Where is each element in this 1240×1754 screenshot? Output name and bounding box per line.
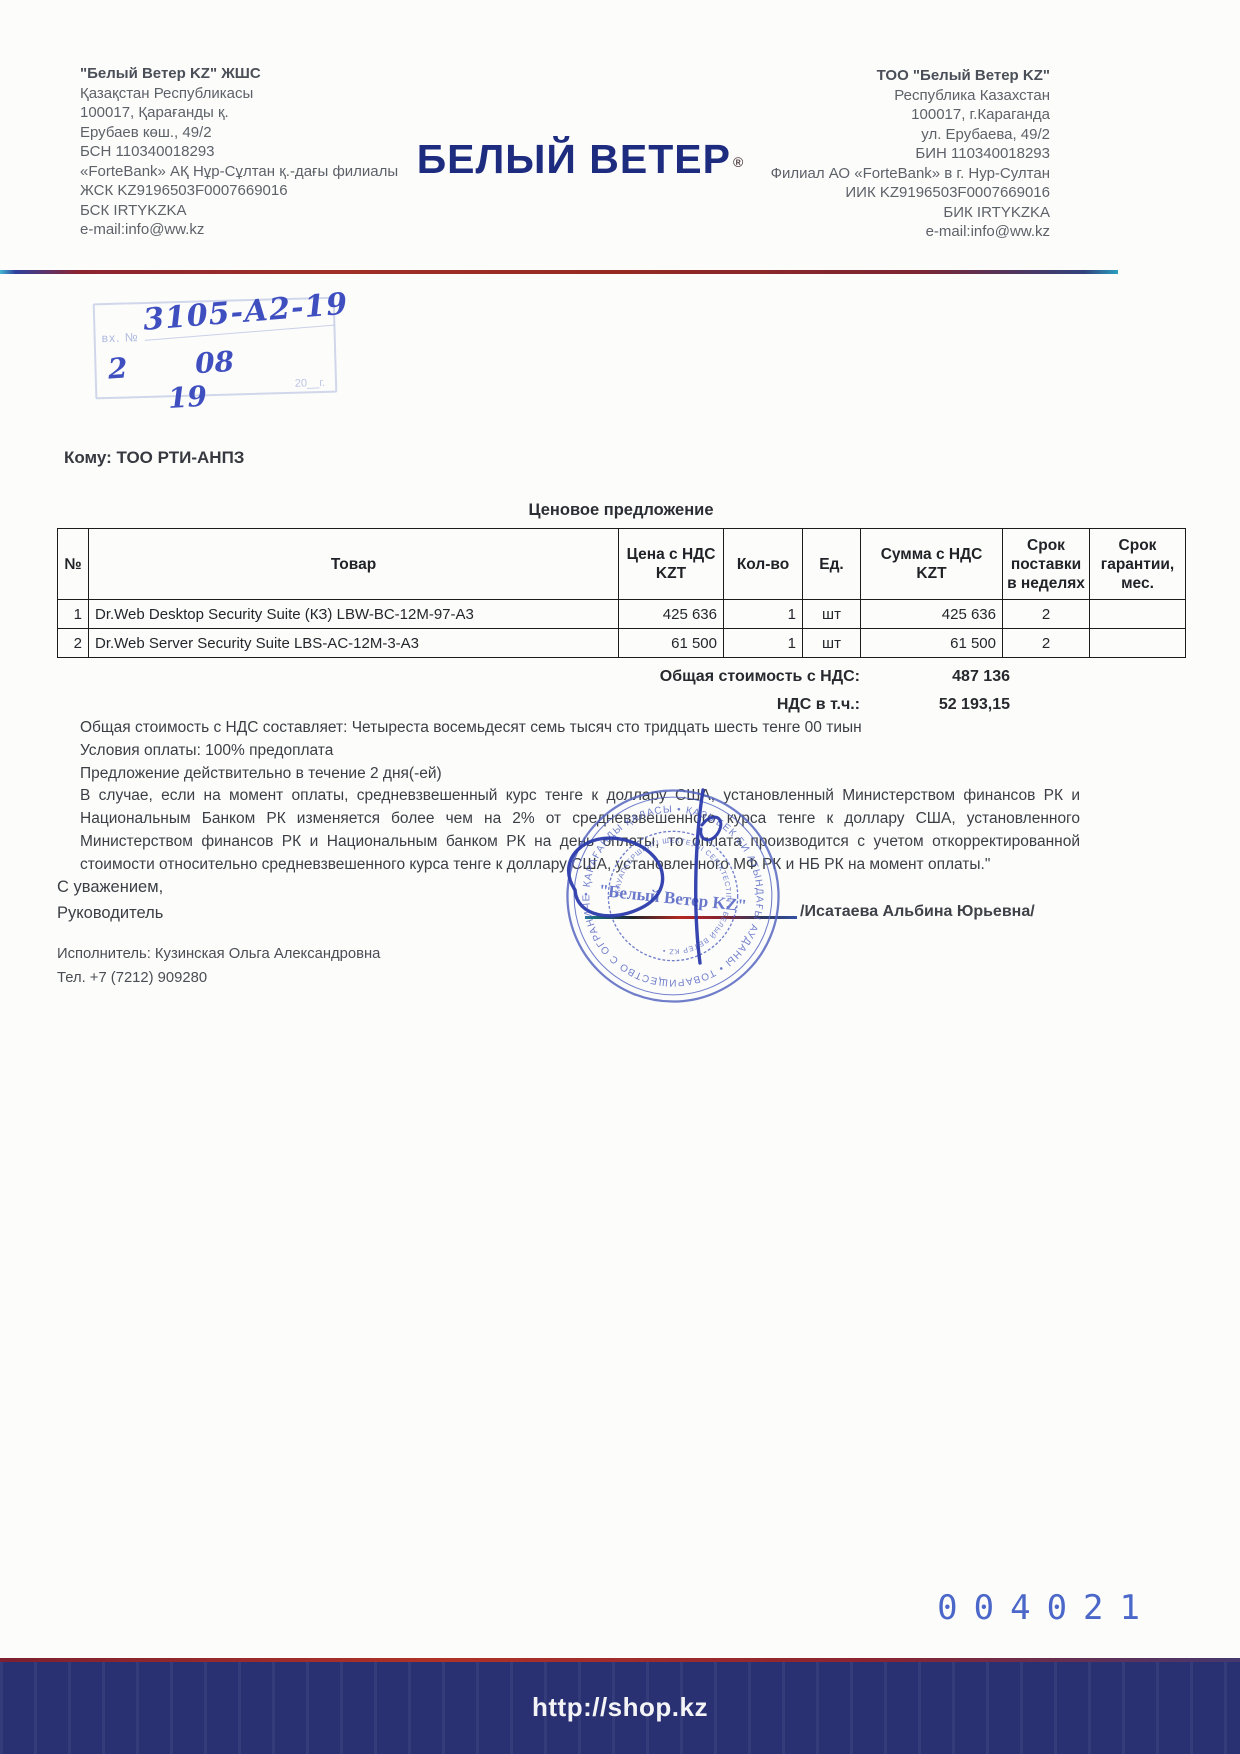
vat-total-row: НДС в т.ч.: 52 193,15 <box>57 692 1185 718</box>
handwritten-incoming-number: 3105-А2-19 <box>142 288 334 341</box>
column-header-number: № <box>58 529 89 600</box>
letterhead-kazakh-block: "Белый Ветер KZ" ЖШС Қазақстан Республик… <box>80 64 398 240</box>
handwritten-date: 2 08 19 <box>103 339 327 419</box>
sum-value: 425 636 <box>861 600 1003 629</box>
closing-line: С уважением, <box>57 874 163 900</box>
table-row: 2 Dr.Web Server Security Suite LBS-AC-12… <box>58 629 1186 658</box>
country-kk: Қазақстан Республикасы <box>80 84 398 104</box>
column-header-qty: Кол-во <box>724 529 803 600</box>
bank-kk: «ForteBank» АҚ Нұр-Сұлтан қ.-дағы филиал… <box>80 162 398 182</box>
quotation-table: № Товар Цена с НДС KZT Кол-во Ед. Сумма … <box>57 528 1186 658</box>
unit-value: шт <box>803 629 861 658</box>
grand-total-label: Общая стоимость с НДС: <box>57 664 860 690</box>
grand-total-row: Общая стоимость с НДС: 487 136 <box>57 664 1185 690</box>
delivery-weeks: 2 <box>1003 600 1090 629</box>
letterhead-russian-block: ТОО "Белый Ветер KZ" Республика Казахста… <box>771 66 1050 242</box>
quantity-value: 1 <box>724 600 803 629</box>
column-header-product: Товар <box>89 529 619 600</box>
account-ru: ИИК KZ9196503F0007669016 <box>771 183 1050 203</box>
stamp-year-placeholder: 20__г. <box>295 377 326 390</box>
total-in-words-line: Общая стоимость с НДС составляет: Четыре… <box>80 717 1080 740</box>
product-name: Dr.Web Desktop Security Suite (КЗ) LBW-B… <box>89 600 619 629</box>
payment-terms-line: Условия оплаты: 100% предоплата <box>80 740 1080 763</box>
handwritten-day: 2 <box>107 352 129 386</box>
company-logo: БЕЛЫЙ ВЕТЕР® <box>360 136 800 183</box>
closing-block: С уважением, Руководитель <box>57 874 163 926</box>
registered-trademark-icon: ® <box>733 154 743 170</box>
table-header-row: № Товар Цена с НДС KZT Кол-во Ед. Сумма … <box>58 529 1186 600</box>
column-header-warranty: Срок гарантии, мес. <box>1090 529 1186 600</box>
logo-wordmark: БЕЛЫЙ ВЕТЕР <box>417 136 731 182</box>
bank-ru: Филиал АО «ForteBank» в г. Нур-Султан <box>771 164 1050 184</box>
vat-value: 52 193,15 <box>860 692 1018 718</box>
price-value: 61 500 <box>619 629 724 658</box>
column-header-price: Цена с НДС KZT <box>619 529 724 600</box>
handwritten-month: 08 <box>194 345 235 380</box>
company-name-kk: "Белый Ветер KZ" ЖШС <box>80 64 398 84</box>
incoming-registration-stamp: вх. № 3105-А2-19 2 08 19 20__г. <box>93 297 338 400</box>
bsn-kk: БСН 110340018293 <box>80 142 398 162</box>
table-row: 1 Dr.Web Desktop Security Suite (КЗ) LBW… <box>58 600 1186 629</box>
account-kk: ЖСК KZ9196503F0007669016 <box>80 181 398 201</box>
executor-block: Исполнитель: Кузинская Ольга Александров… <box>57 942 380 990</box>
executor-phone: Тел. +7 (7212) 909280 <box>57 966 380 990</box>
scanned-quotation-page: "Белый Ветер KZ" ЖШС Қазақстан Республик… <box>0 0 1240 1754</box>
row-number: 2 <box>58 629 89 658</box>
form-serial-number: 004021 <box>937 1588 1156 1628</box>
signer-role: Руководитель <box>57 900 163 926</box>
row-number: 1 <box>58 600 89 629</box>
warranty-months <box>1090 600 1186 629</box>
product-name: Dr.Web Server Security Suite LBS-AC-12M-… <box>89 629 619 658</box>
vat-label: НДС в т.ч.: <box>57 692 860 718</box>
email-kk: e-mail:info@ww.kz <box>80 220 398 240</box>
street-kk: Ерубаев көш., 49/2 <box>80 123 398 143</box>
column-header-unit: Ед. <box>803 529 861 600</box>
grand-total-value: 487 136 <box>860 664 1018 690</box>
country-ru: Республика Казахстан <box>771 86 1050 106</box>
price-value: 425 636 <box>619 600 724 629</box>
executor-line: Исполнитель: Кузинская Ольга Александров… <box>57 942 380 966</box>
quantity-value: 1 <box>724 629 803 658</box>
recipient-line: Кому: ТОО РТИ-АНПЗ <box>64 448 244 468</box>
signer-name: /Исатаева Альбина Юрьевна/ <box>800 903 1035 921</box>
document-title: Ценовое предложение <box>57 501 1185 520</box>
warranty-months <box>1090 629 1186 658</box>
delivery-weeks: 2 <box>1003 629 1090 658</box>
company-name-ru: ТОО "Белый Ветер KZ" <box>771 66 1050 86</box>
street-ru: ул. Ерубаева, 49/2 <box>771 125 1050 145</box>
city-kk: 100017, Қарағанды қ. <box>80 103 398 123</box>
column-header-delivery: Срок поставки в неделях <box>1003 529 1090 600</box>
city-ru: 100017, г.Караганда <box>771 105 1050 125</box>
header-divider-rule <box>0 270 1118 274</box>
email-ru: e-mail:info@ww.kz <box>771 222 1050 242</box>
unit-value: шт <box>803 600 861 629</box>
incoming-number-label: вх. № <box>101 330 138 345</box>
handwritten-year: 19 <box>167 380 208 415</box>
handwritten-signature <box>555 785 755 975</box>
footer-website-url: http://shop.kz <box>0 1692 1240 1723</box>
bin-ru: БИН 110340018293 <box>771 144 1050 164</box>
bic-kk: БСК IRTYKZKA <box>80 201 398 221</box>
bic-ru: БИК IRTYKZKA <box>771 203 1050 223</box>
column-header-sum: Сумма с НДС KZT <box>861 529 1003 600</box>
sum-value: 61 500 <box>861 629 1003 658</box>
